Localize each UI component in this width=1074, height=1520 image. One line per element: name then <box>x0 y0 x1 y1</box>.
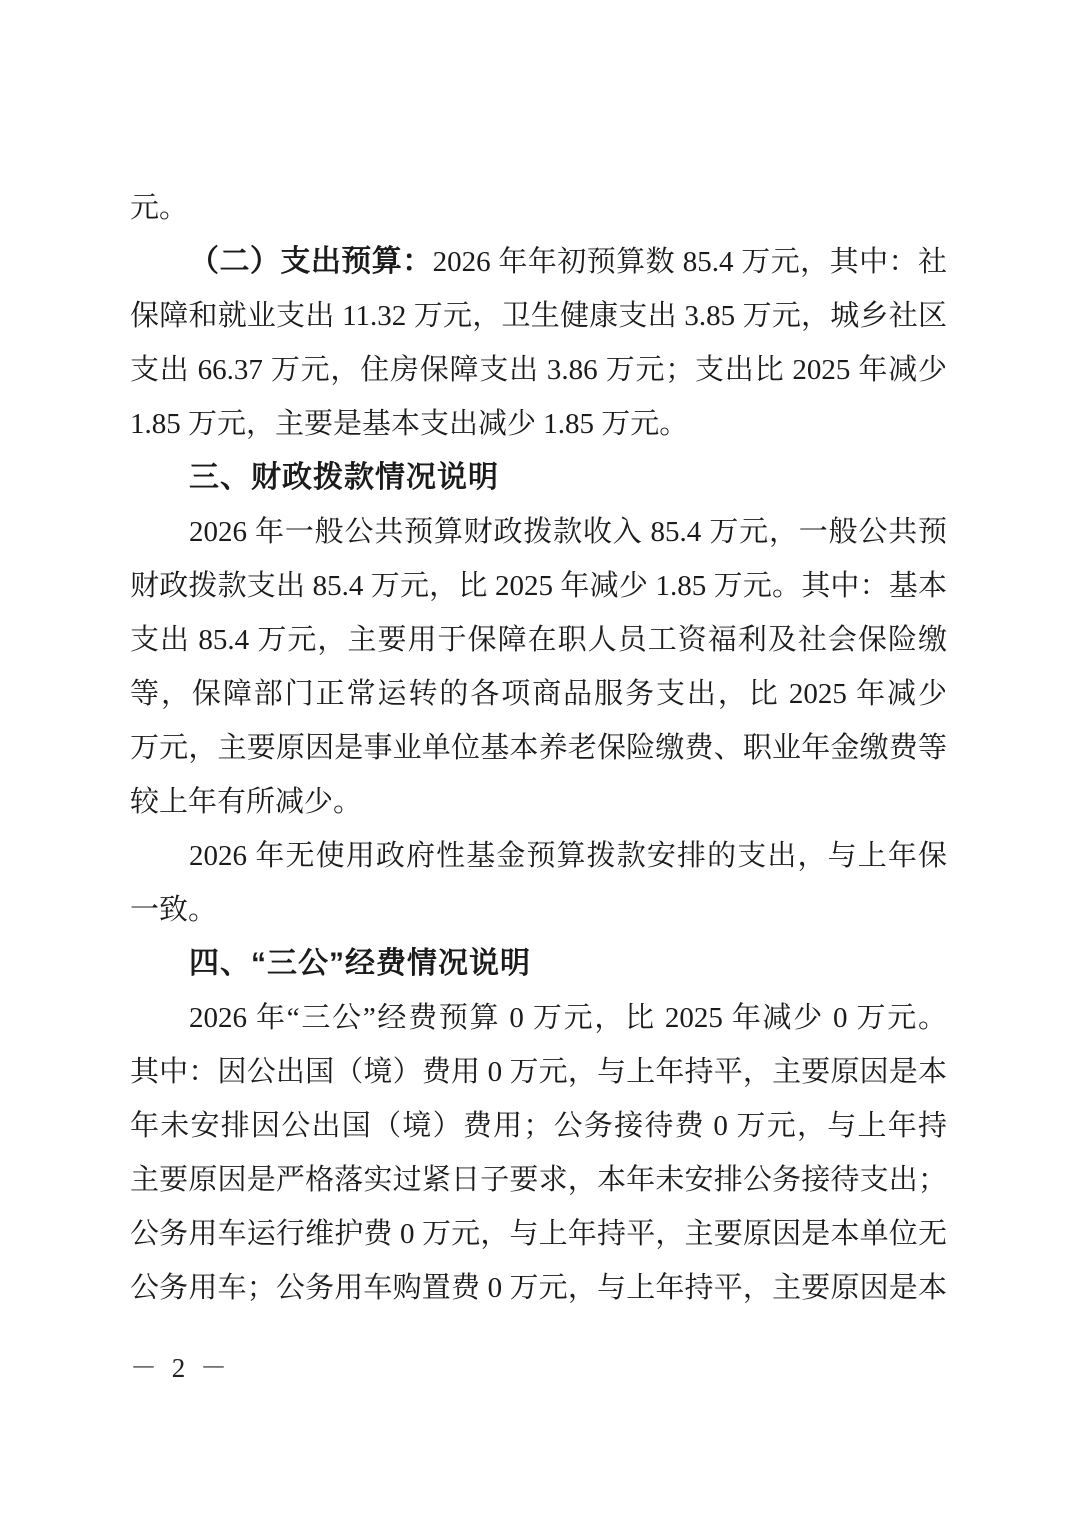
expenditure-budget-line-3: 支出 66.37 万元，住房保障支出 3.86 万元；支出比 2025 年减少 <box>130 343 947 397</box>
three-public-funds-line-3: 年未安排因公出国（境）费用；公务接待费 0 万元，与上年持平， <box>130 1099 947 1153</box>
document-page: 元。 （二）支出预算：2026 年年初预算数 85.4 万元，其中：社会 保障和… <box>0 0 1074 1520</box>
page-number: － 2 － <box>130 1346 231 1385</box>
fiscal-allocation-para1-line-5: 万元，主要原因是事业单位基本养老保险缴费、职业年金缴费等 <box>130 721 947 775</box>
fiscal-allocation-para1-line-3: 支出 85.4 万元，主要用于保障在职人员工资福利及社会保险缴费 <box>130 613 947 667</box>
fiscal-allocation-para1-line-6: 较上年有所减少。 <box>130 775 947 829</box>
three-public-funds-line-1: 2026 年“三公”经费预算 0 万元，比 2025 年减少 0 万元。 <box>130 991 947 1045</box>
carryover-paragraph-line: 元。 <box>130 181 947 235</box>
expenditure-budget-line-2: 保障和就业支出 11.32 万元，卫生健康支出 3.85 万元，城乡社区 <box>130 289 947 343</box>
fiscal-allocation-para2-line-2: 一致。 <box>130 883 947 937</box>
fiscal-allocation-para1-line-1: 2026 年一般公共预算财政拨款收入 85.4 万元，一般公共预算 <box>130 505 947 559</box>
three-public-funds-line-2: 其中：因公出国（境）费用 0 万元，与上年持平，主要原因是本 <box>130 1045 947 1099</box>
document-body: 元。 （二）支出预算：2026 年年初预算数 85.4 万元，其中：社会 保障和… <box>130 181 947 1315</box>
section-heading-three-public-funds: 四、“三公”经费情况说明 <box>130 937 947 991</box>
fiscal-allocation-para2-line-1: 2026 年无使用政府性基金预算拨款安排的支出，与上年保持 <box>130 829 947 883</box>
three-public-funds-line-4: 主要原因是严格落实过紧日子要求，本年未安排公务接待支出； <box>130 1153 947 1207</box>
fiscal-allocation-para1-line-4: 等，保障部门正常运转的各项商品服务支出，比 2025 年减少 1.85 <box>130 667 947 721</box>
three-public-funds-line-6: 公务用车；公务用车购置费 0 万元，与上年持平，主要原因是本 <box>130 1261 947 1315</box>
expenditure-budget-line-4: 1.85 万元，主要是基本支出减少 1.85 万元。 <box>130 397 947 451</box>
section-heading-fiscal-allocation: 三、财政拨款情况说明 <box>130 451 947 505</box>
expenditure-budget-inline-heading: （二）支出预算： <box>189 245 433 278</box>
expenditure-budget-line-1: （二）支出预算：2026 年年初预算数 85.4 万元，其中：社会 <box>130 235 947 289</box>
three-public-funds-line-5: 公务用车运行维护费 0 万元，与上年持平，主要原因是本单位无 <box>130 1207 947 1261</box>
fiscal-allocation-para1-line-2: 财政拨款支出 85.4 万元，比 2025 年减少 1.85 万元。其中：基本 <box>130 559 947 613</box>
